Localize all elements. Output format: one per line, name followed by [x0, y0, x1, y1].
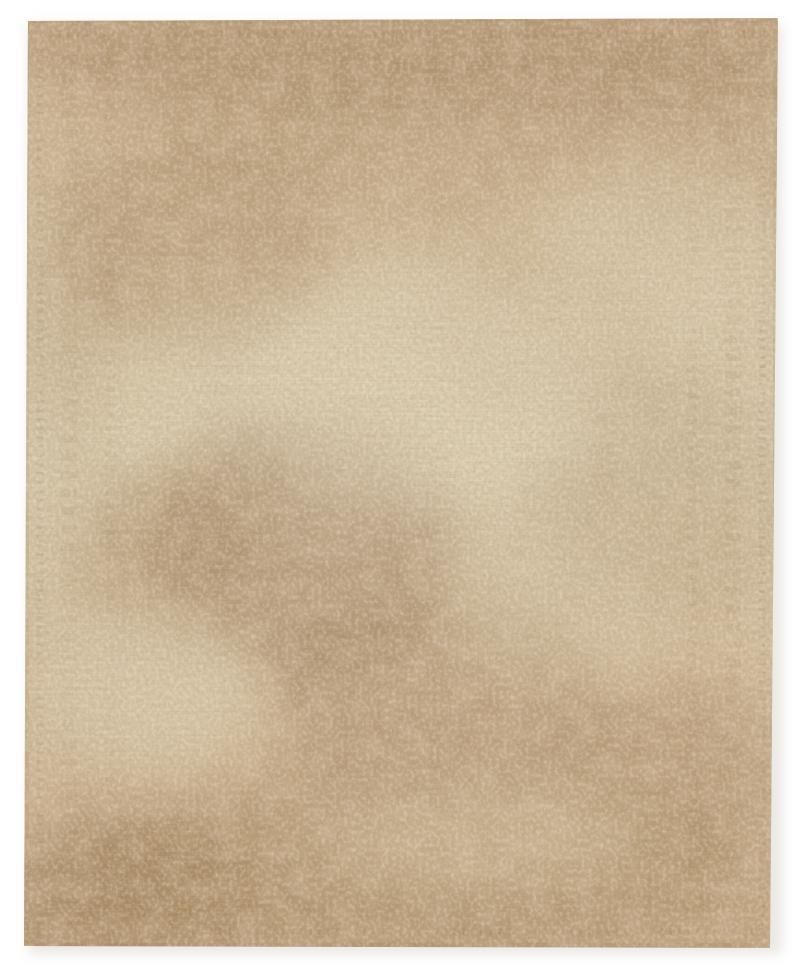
rug-photo-svg: [0, 0, 800, 972]
rug-body: [0, 0, 800, 972]
rug-product-photo: [0, 0, 800, 972]
rug-light-speckle-texture: [0, 0, 800, 972]
